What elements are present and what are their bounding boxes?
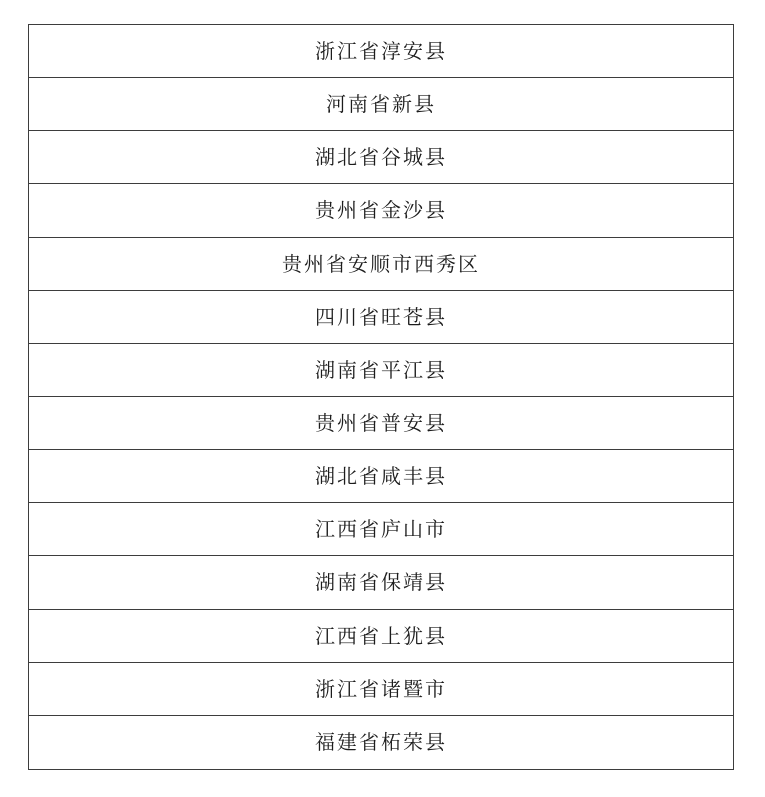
region-cell-text: 四川省旺苍县 [315, 307, 447, 327]
region-cell-text: 湖北省谷城县 [315, 147, 447, 167]
table-row: 贵州省金沙县 [29, 184, 733, 237]
document-page: 浙江省淳安县 河南省新县 湖北省谷城县 贵州省金沙县 贵州省安顺市西秀区 四川省… [0, 0, 765, 797]
region-cell-text: 湖南省平江县 [315, 360, 447, 380]
table-row: 四川省旺苍县 [29, 291, 733, 344]
table-row: 湖南省保靖县 [29, 556, 733, 609]
table-row: 江西省庐山市 [29, 503, 733, 556]
table-row: 江西省上犹县 [29, 610, 733, 663]
region-cell-text: 浙江省诸暨市 [315, 679, 447, 699]
table-row: 浙江省淳安县 [29, 25, 733, 78]
region-cell-text: 河南省新县 [326, 94, 436, 114]
region-cell-text: 贵州省安顺市西秀区 [282, 254, 480, 274]
table-row: 河南省新县 [29, 78, 733, 131]
region-cell-text: 江西省上犹县 [315, 626, 447, 646]
region-cell-text: 浙江省淳安县 [315, 41, 447, 61]
table-row: 湖北省咸丰县 [29, 450, 733, 503]
region-cell-text: 湖南省保靖县 [315, 572, 447, 592]
region-table: 浙江省淳安县 河南省新县 湖北省谷城县 贵州省金沙县 贵州省安顺市西秀区 四川省… [28, 24, 734, 770]
table-row: 福建省柘荣县 [29, 716, 733, 769]
region-cell-text: 江西省庐山市 [315, 519, 447, 539]
table-row: 湖南省平江县 [29, 344, 733, 397]
region-cell-text: 湖北省咸丰县 [315, 466, 447, 486]
table-row: 贵州省安顺市西秀区 [29, 238, 733, 291]
table-row: 浙江省诸暨市 [29, 663, 733, 716]
region-cell-text: 贵州省普安县 [315, 413, 447, 433]
region-cell-text: 福建省柘荣县 [315, 732, 447, 752]
table-row: 湖北省谷城县 [29, 131, 733, 184]
region-cell-text: 贵州省金沙县 [315, 200, 447, 220]
table-row: 贵州省普安县 [29, 397, 733, 450]
